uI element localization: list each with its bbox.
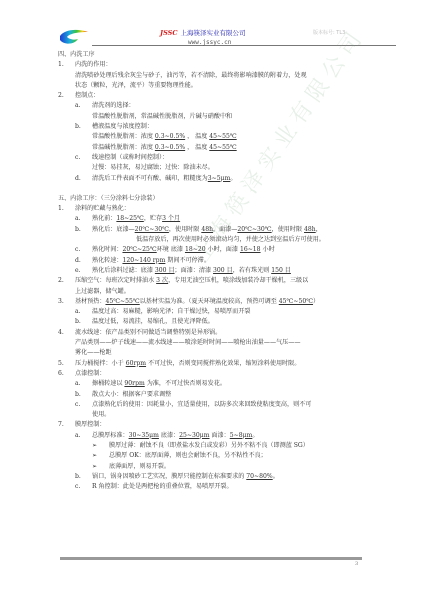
paragraph: 常温碱性脱脂剂：浓度 0.3~0.5% ， 温度 45~55℃ [58, 143, 368, 153]
document-code: 版本标号: TL3 [313, 29, 345, 36]
sub-item: c.点漆熟化后的使用：因耗量小，宜适量使用，以防多次来回致使粘度变高，则不可 [58, 400, 368, 410]
section-title: 五、内涂工序：（三分涂料七分涂装） [58, 194, 368, 204]
sub-item: b.锅口，锅身因喷砂工艺实况，膜厚只能控制在标准要求的 70~80%。 [58, 472, 368, 482]
bullet-item: ➢底薄面厚，则易开裂。 [58, 462, 368, 472]
sub-item: b.温度过低，易流挂，易缩孔，且使光泽降低。 [58, 317, 368, 327]
company-name: 上海筷泽实业有限公司 [181, 29, 246, 37]
list-item: 6.点漆控制： [58, 369, 368, 379]
sub-item: a.总膜厚标准：30~35μm 底漆：25~30μm 面漆：5~8μm。 [58, 431, 368, 441]
list-item: 5.压力桶搅拌：小于 60rpm 不可过快，否则变同搅拌熟化效果，缩短涂料使用时… [58, 359, 368, 369]
sub-item: d.熟化转速：120~140 rpm 期间不可停滞。 [58, 256, 368, 266]
brand-name: JSSC [160, 29, 178, 37]
paragraph: 产品类别——炉子线速——流水线速——喷涂延时时间——喷枪出油量——气压—— [58, 338, 368, 348]
list-item: 3.基材预热：45℃~55℃以基材实温为准。（夏天环境温度较高，预热可调至 45… [58, 297, 368, 307]
list-item: 4.流水线速：依产品类别不同做适当调整特别是异形锅。 [58, 328, 368, 338]
header-rule [92, 45, 396, 46]
paragraph: 低温存放后，再次使用时必须滚动均匀，并使之达到室温后方可使用。 [58, 235, 368, 245]
paragraph: 上过滤器，储气罐。 [58, 287, 368, 297]
company-title: JSSC上海筷泽实业有限公司 [160, 28, 246, 37]
arrow-bullet-icon: ➢ [92, 441, 109, 451]
paragraph: 常温酸性脱脂剂：浓度 0.3~0.5% ， 温度 45~55℃ [58, 132, 368, 142]
sub-item: b.散点大小：根据客户要求调整 [58, 390, 368, 400]
bullet-item: ➢总膜厚 OK：底厚面薄，则也会耐蚀不良，另不粘性不良； [58, 451, 368, 461]
paragraph: 常温酸性脱脂剂，常温碱性脱脂剂，片碱与硝酸中和 [58, 112, 368, 122]
page-number: 3 [355, 561, 358, 567]
paragraph: 雾化——枪距 [58, 348, 368, 358]
sub-item: d.清洗后工件表面不可有酸、碱印，粗糙度为3~5μm。 [58, 174, 368, 184]
paragraph: 过慢：易挂灰，易过腐蚀；过快：除油未尽。 [58, 163, 368, 173]
sub-item: a.温度过高：易麻糙，影响光泽；自干燥过快，易喷厚而开裂 [58, 307, 368, 317]
paragraph: 使用。 [58, 410, 368, 420]
list-item: 1.涂料的贮藏与熟化： [58, 204, 368, 214]
list-item: 2.压缩空气：每班次定时排油水 3 次，专用无油空压机，喷涂线加装冷却干燥机，三… [58, 276, 368, 286]
arrow-bullet-icon: ➢ [92, 462, 109, 472]
footer-rule [60, 557, 362, 560]
document-body: 四、内洗工序 1.内洗的作用： 清洗喷砂处理后残余灰尘与砂子，油污等，若不清除，… [58, 50, 368, 492]
list-item: 2.控制点： [58, 91, 368, 101]
sub-item: a.擦桶转速以 90rpm 为准，不可过快否则易发花。 [58, 379, 368, 389]
sub-item: a.熟化前：18~25℃，贮存3 个月 [58, 214, 368, 224]
sub-item: a.清洗剂的选择： [58, 101, 368, 111]
section-title: 四、内洗工序 [58, 50, 368, 60]
paragraph: 状态（颗粒，光泽，流平）等重要物理性能。 [58, 81, 368, 91]
sub-item: c.熟化时间：20℃~25℃环境 底漆 18~20 小时，面漆 16~18 小时 [58, 245, 368, 255]
arrow-bullet-icon: ➢ [92, 451, 109, 461]
sub-item: c.线速控制（或称时间控制）： [58, 153, 368, 163]
bullet-item: ➢膜厚过薄：耐蚀不良（即煮盐水发白或发彩）另外不粘不良（即测蓝 SG） [58, 441, 368, 451]
list-item: 1.内洗的作用： [58, 60, 368, 70]
company-url: www.jssyc.cn [188, 39, 231, 46]
sub-item: e.熟化后涂料过滤：底漆 300 目；面漆：清漆 300 目，若有珠光则 150… [58, 266, 368, 276]
sub-item: b.槽液温度与浓度控制： [58, 122, 368, 132]
sub-item: b.熟化后：底漆—20℃~30℃，使用时限 48h，面漆—20℃~30℃，使用时… [58, 225, 368, 235]
paragraph: 清洗喷砂处理后残余灰尘与砂子，油污等，若不清除，最终将影响漆膜的附着力，处观 [58, 71, 368, 81]
list-item: 7.膜厚控制： [58, 420, 368, 430]
company-logo-icon [58, 28, 90, 46]
sub-item: c.R 角控制：此处是两把枪的重叠位置，易喷厚开裂。 [58, 482, 368, 492]
page-header: JSSC上海筷泽实业有限公司 www.jssyc.cn 版本标号: TL3 [58, 26, 368, 50]
